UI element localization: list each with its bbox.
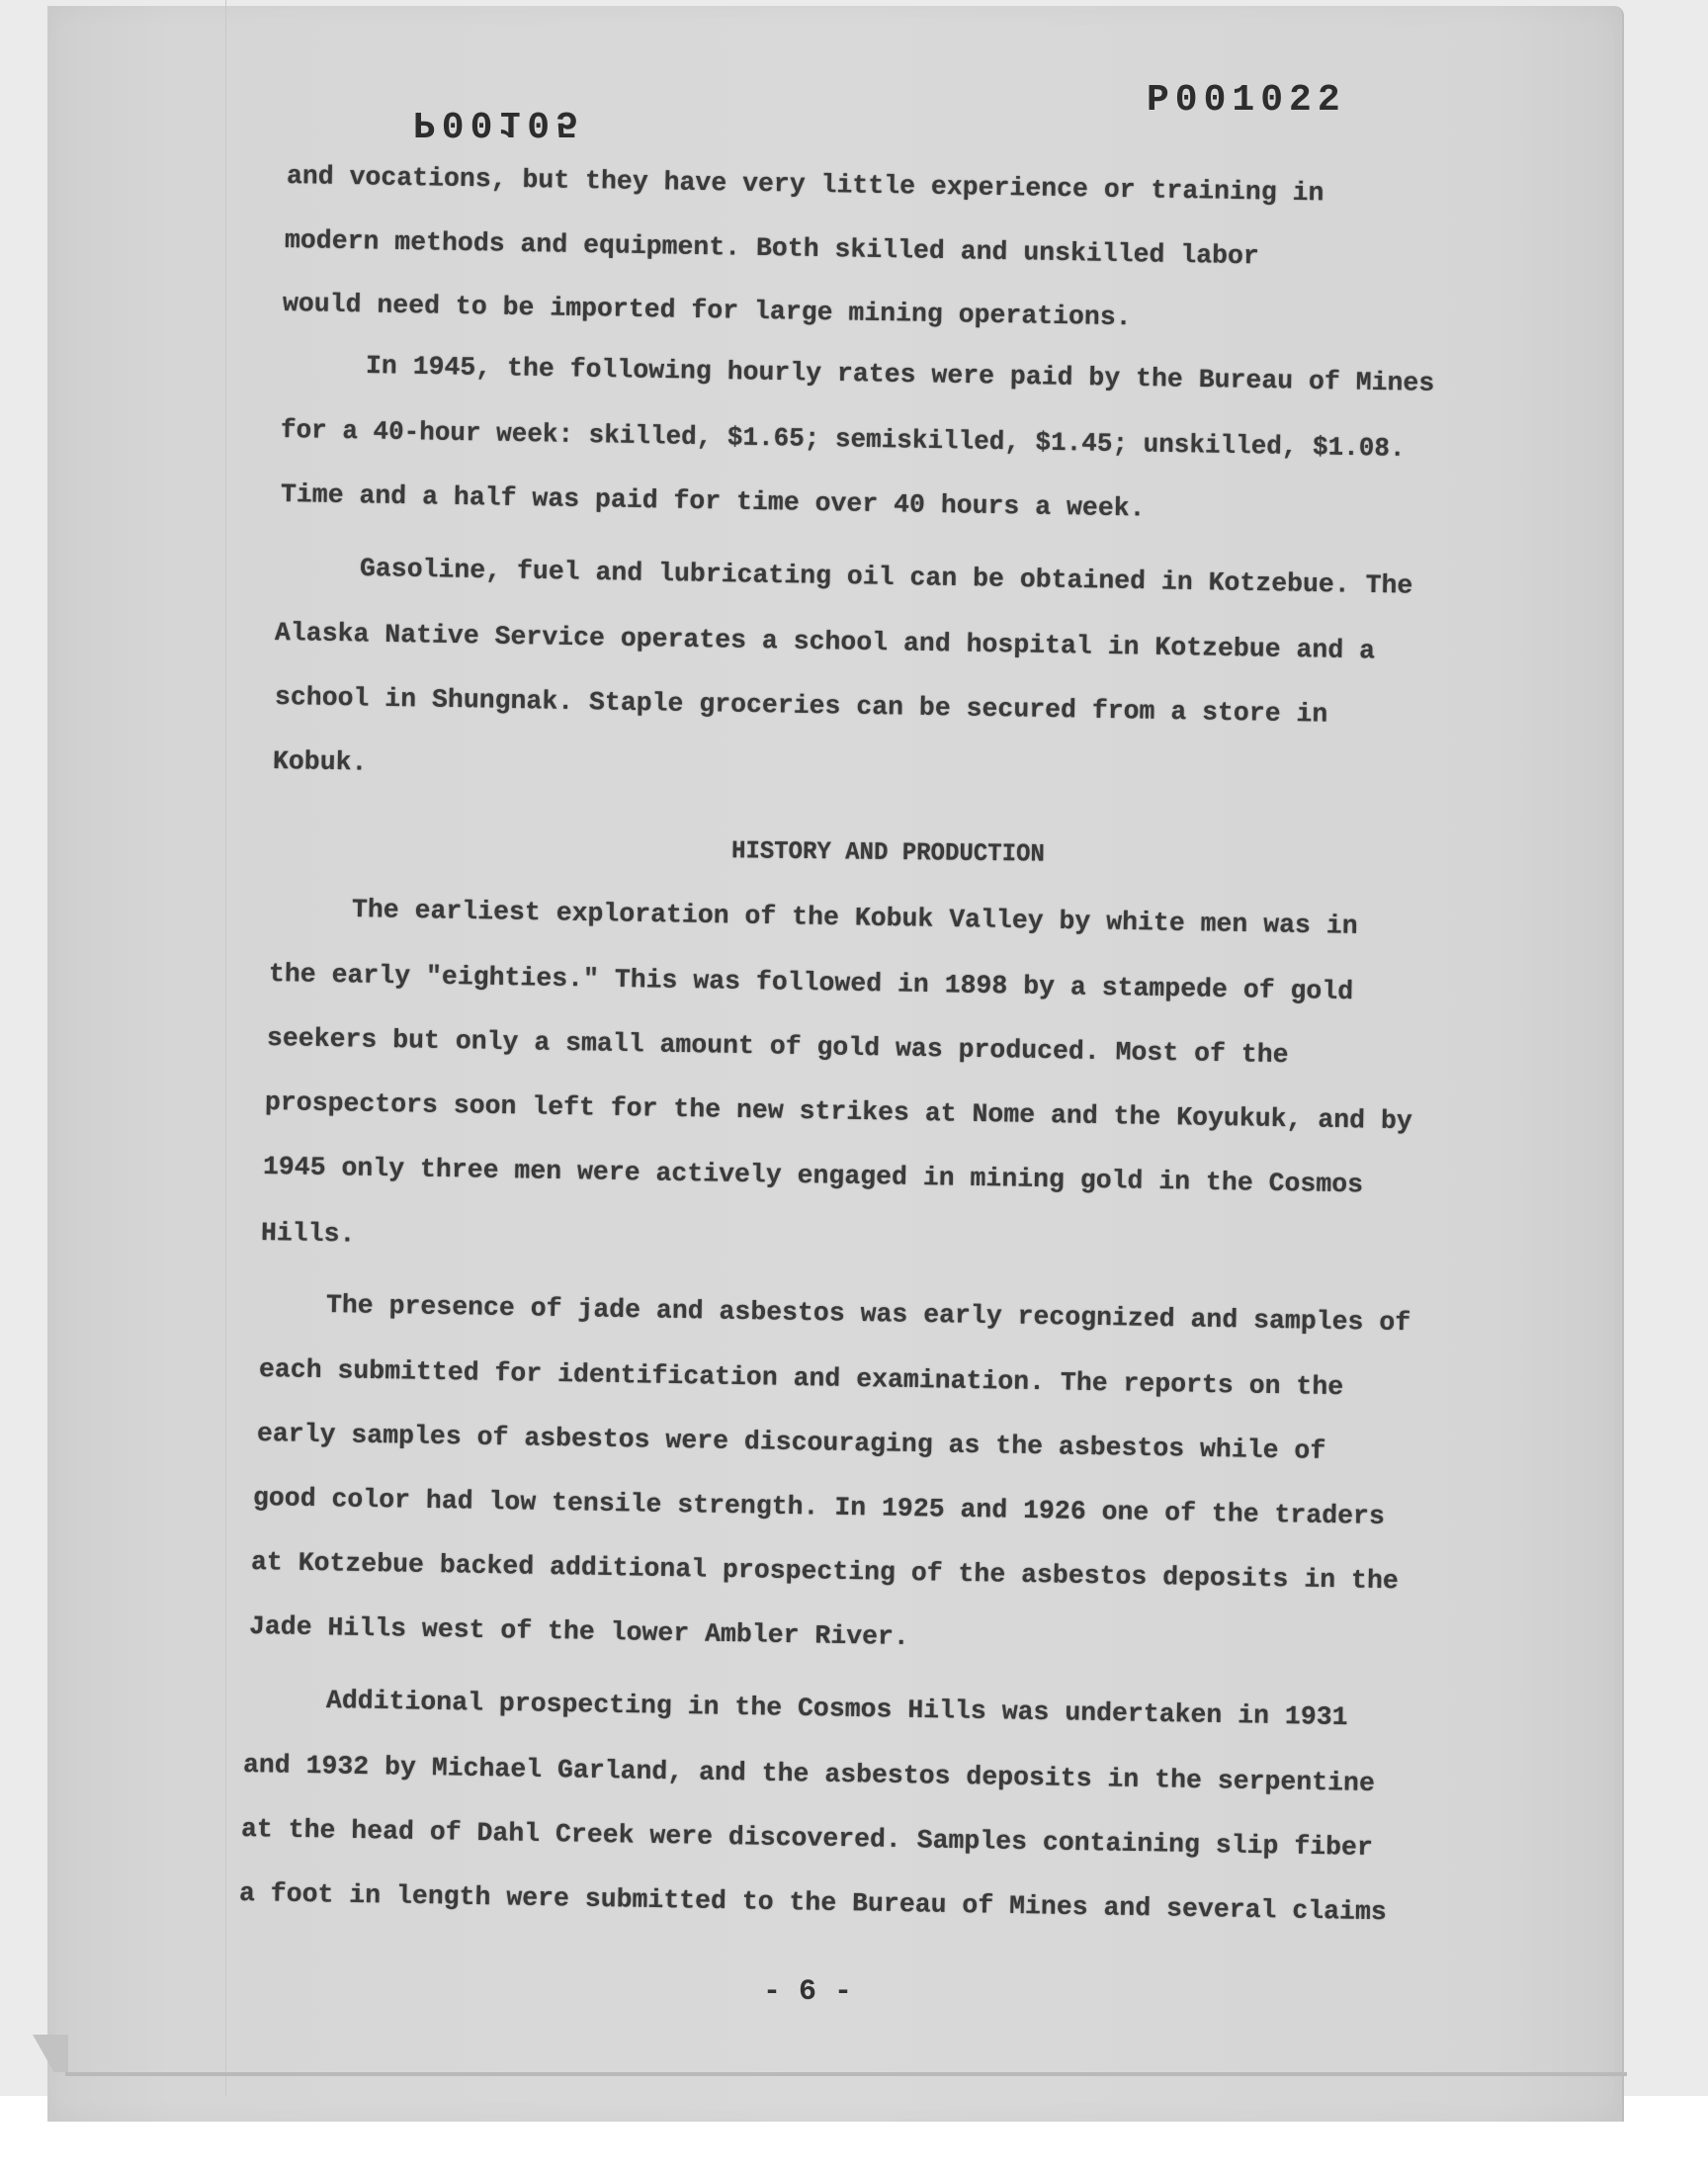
document-stamp-mirrored: P00105 <box>413 101 584 143</box>
text-line: Hills. <box>261 1218 356 1250</box>
document-stamp-number: P001022 <box>1147 79 1346 122</box>
page-number: - 6 - <box>763 1975 852 2009</box>
scan-artifact-line <box>225 0 226 2096</box>
text-line: Kobuk. <box>273 746 368 778</box>
section-heading: HISTORY AND PRODUCTION <box>731 837 1045 869</box>
page-bottom-edge <box>65 2072 1627 2076</box>
